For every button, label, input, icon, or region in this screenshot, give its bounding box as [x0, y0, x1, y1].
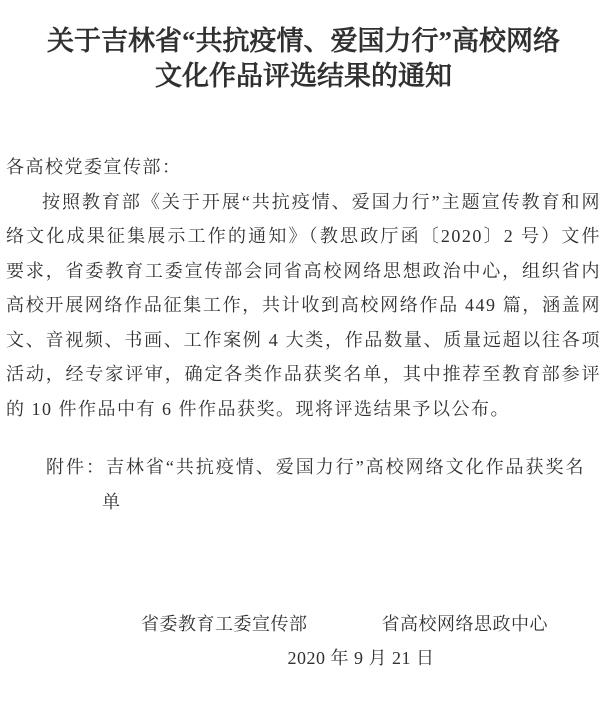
title-line-2: 文化作品评选结果的通知: [6, 59, 601, 94]
attachment-text: 吉林省“共抗疫情、爱国力行”高校网络文化作品获奖名单: [102, 457, 585, 512]
attachment-line: 附件：吉林省“共抗疫情、爱国力行”高校网络文化作品获奖名单: [6, 450, 601, 519]
signature-org-2: 省高校网络思政中心: [382, 607, 549, 641]
salutation: 各高校党委宣传部：: [6, 150, 601, 185]
signature-org-1: 省委教育工委宣传部: [141, 607, 308, 641]
document-page: { "page": { "background": "#ffffff", "te…: [0, 0, 607, 721]
body-paragraph: 按照教育部《关于开展“共抗疫情、爱国力行”主题宣传教育和网络文化成果征集展示工作…: [6, 185, 601, 427]
notice-document: 关于吉林省“共抗疫情、爱国力行”高校网络 文化作品评选结果的通知 各高校党委宣传…: [0, 0, 607, 721]
signature-date: 2020 年 9 月 21 日: [6, 641, 601, 675]
attachment-label: 附件：: [46, 457, 106, 477]
document-title: 关于吉林省“共抗疫情、爱国力行”高校网络 文化作品评选结果的通知: [6, 24, 601, 94]
signature-row: 省委教育工委宣传部 省高校网络思政中心: [6, 607, 601, 641]
title-line-1: 关于吉林省“共抗疫情、爱国力行”高校网络: [6, 24, 601, 59]
